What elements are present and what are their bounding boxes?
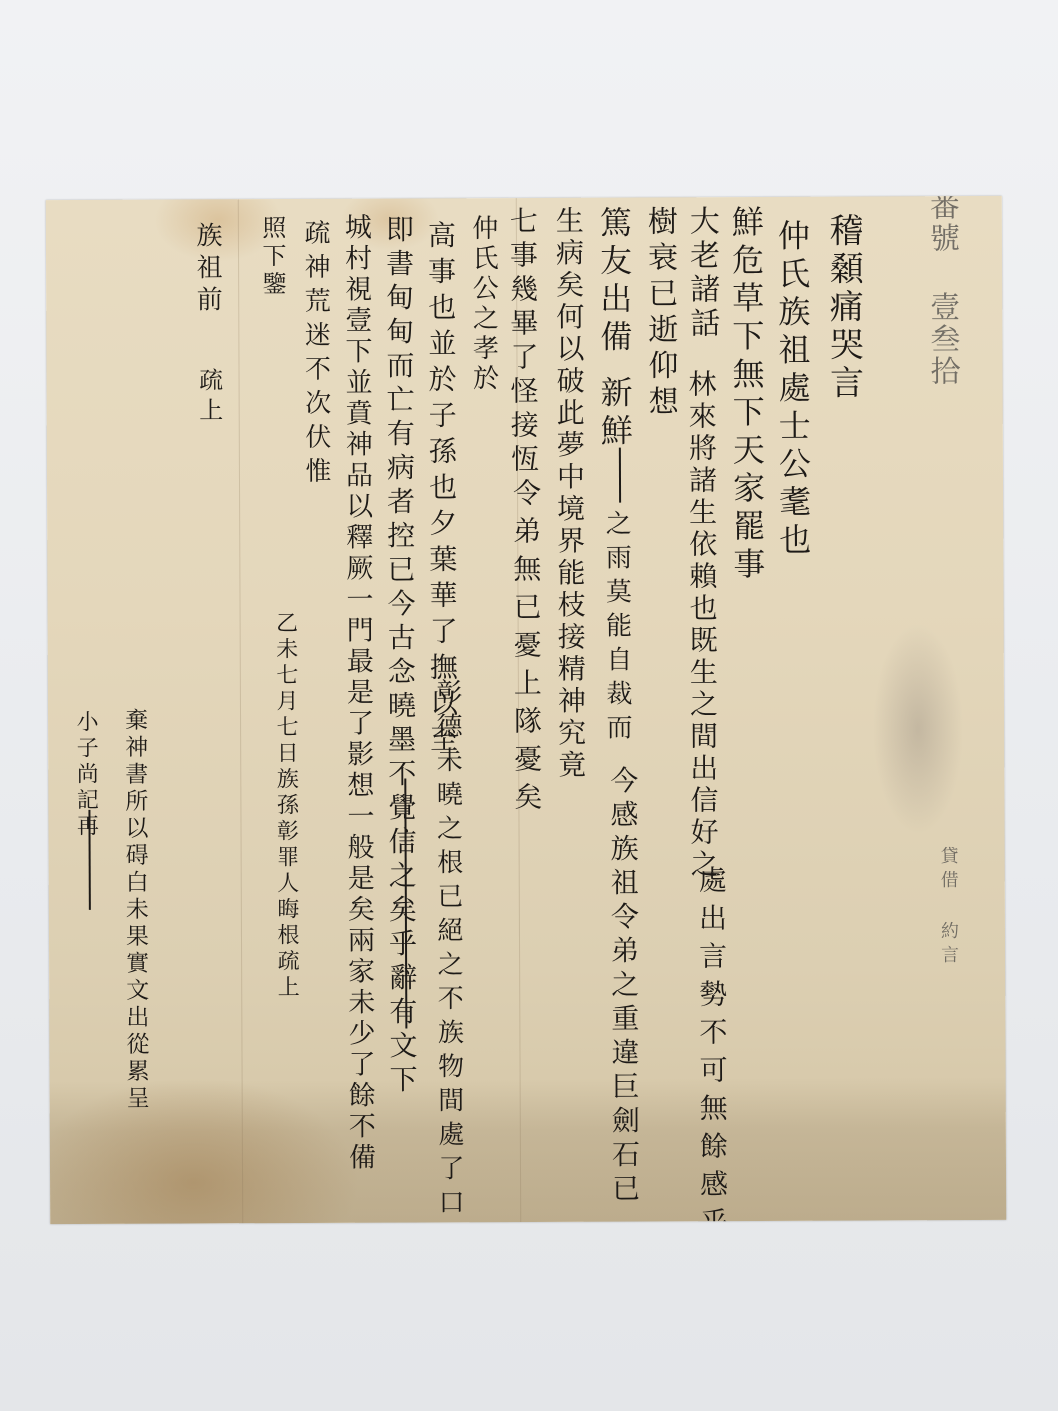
text-column: 篤友出備 bbox=[598, 206, 631, 358]
ink-stroke bbox=[619, 448, 621, 503]
text-column: 鮮危草下無下天家罷事 bbox=[730, 205, 764, 585]
text-column: 生病矣何以破此夢中境界能枝接精神究竟 bbox=[554, 206, 585, 782]
text-column: 仲氏族祖處士公耄也 bbox=[776, 219, 809, 561]
postscript-column: 棄神書所以碍白未果實文出從累呈 bbox=[122, 708, 147, 1113]
text-column: 疏神荒迷不次伏惟 bbox=[302, 219, 329, 491]
text-column: 族祖前 bbox=[194, 221, 220, 317]
text-column: 處出言勢不可無餘感乎 bbox=[697, 865, 727, 1224]
text-column: 仲氏公之孝於 bbox=[470, 214, 497, 394]
document-paper: 番號 壹叁拾 貸借 約言 稽顙痛哭言 仲氏族祖處士公耄也 鮮危草下無下天家罷事 … bbox=[46, 196, 1006, 1224]
text-column: 新鮮 bbox=[599, 376, 631, 452]
text-column: 彰德未曉之根已絕之不族物間處了口 bbox=[434, 678, 462, 1222]
text-column: 之雨莫能自裁而 bbox=[603, 510, 630, 748]
text-column: 令弟無已憂上隊憂矣 bbox=[511, 478, 540, 820]
text-column: 樹衰已逝仰想 bbox=[644, 205, 675, 421]
text-column: 大老諸話 bbox=[686, 205, 717, 341]
text-column: 七事幾畢了怪接恆 bbox=[508, 206, 537, 478]
fold-line bbox=[238, 199, 243, 1223]
text-column: 城村視壹下並賁神品以釋厥一門最是了影想一般是矣兩家未少了餘不備 bbox=[342, 213, 373, 1174]
text-column: 疏上 bbox=[197, 367, 221, 427]
postscript-column: 小子尚記再 bbox=[74, 710, 97, 840]
text-column: 今感族祖令弟之重違巨劍石已 bbox=[608, 766, 638, 1208]
text-column: 即書甸甸而亡有病者控已今古念曉墨不覺信之矣乎辭有文下 bbox=[384, 214, 416, 1098]
text-column: 林來將諸生依賴也既生之間出信好之 bbox=[687, 369, 717, 881]
text-column: 照下鑒 bbox=[260, 215, 284, 299]
annotation-bottom-right: 貸借 約言 bbox=[939, 846, 958, 969]
date-signature-column: 乙未七月七日族孫彰罪人晦根疏上 bbox=[274, 611, 298, 1001]
text-column: 稽顙痛哭言 bbox=[826, 213, 861, 403]
annotation-top-right: 番號 壹叁拾 bbox=[926, 196, 957, 387]
